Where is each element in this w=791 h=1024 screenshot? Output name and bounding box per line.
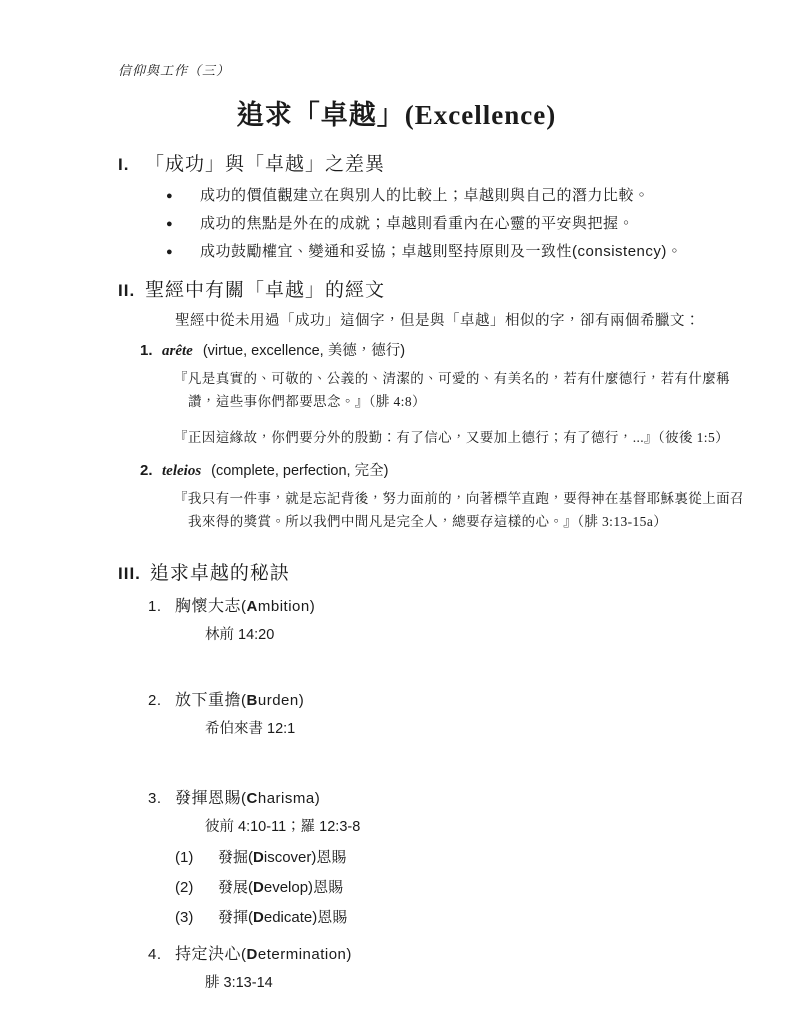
- section-heading: I. 「成功」與「卓越」之差異: [118, 149, 733, 176]
- charisma-sub-item: (1) 發掘(Discover)恩賜: [175, 846, 733, 867]
- section-numeral: II.: [118, 281, 136, 301]
- scripture-reference: 彼前 4:10-11；羅 12:3-8: [205, 815, 733, 836]
- section-heading: II. 聖經中有關「卓越」的經文: [118, 275, 733, 302]
- secret-item-cn: 胸懷大志: [175, 593, 241, 616]
- item-number: 1.: [148, 598, 175, 615]
- section-heading-text: 「成功」與「卓越」之差異: [145, 149, 385, 176]
- scripture-reference: 希伯來書 12:1: [205, 717, 733, 738]
- section-scriptures: II. 聖經中有關「卓越」的經文 聖經中從未用過「成功」這個字，但是與「卓越」相…: [118, 275, 733, 533]
- section-numeral: III.: [118, 564, 141, 584]
- secret-item-cn: 持定決心: [175, 941, 241, 964]
- secret-item-label: 4. 持定決心 (Determination): [148, 941, 733, 964]
- section-numeral: I.: [118, 155, 136, 175]
- secret-item-burden: 2. 放下重擔 (Burden) 希伯來書 12:1: [148, 687, 733, 738]
- greek-word-line: 2. teleios (complete, perfection, 完全): [140, 459, 733, 480]
- difference-bullet: ● 成功的焦點是外在的成就；卓越則看重內在心靈的平安與把握。: [166, 214, 733, 234]
- item-number: 1.: [140, 342, 162, 359]
- bullet-text: 成功的焦點是外在的成就；卓越則看重內在心靈的平安與把握。: [200, 214, 634, 234]
- section-heading-text: 追求卓越的秘訣: [150, 558, 290, 585]
- sub-item-number: (3): [175, 909, 218, 926]
- difference-bullet-list: ● 成功的價值觀建立在與別人的比較上；卓越則與自己的潛力比較。 ● 成功的焦點是…: [166, 186, 733, 262]
- sub-item-text: 發展(Develop)恩賜: [218, 876, 343, 897]
- secret-item-label: 1. 胸懷大志 (Ambition): [148, 593, 733, 616]
- difference-bullet: ● 成功的價值觀建立在與別人的比較上；卓越則與自己的潛力比較。: [166, 186, 733, 206]
- bullet-icon: ●: [166, 214, 200, 234]
- sub-item-number: (2): [175, 879, 218, 896]
- greek-gloss: (virtue, excellence, 美德，德行): [203, 339, 405, 360]
- secret-item-list: 1. 胸懷大志 (Ambition) 林前 14:20 2. 放下重擔 (Bur…: [118, 593, 733, 992]
- secret-item-cn: 發揮恩賜: [175, 785, 241, 808]
- sub-item-number: (1): [175, 849, 218, 866]
- charisma-sub-item: (2) 發展(Develop)恩賜: [175, 876, 733, 897]
- document-page: 信仰與工作（三） 追求「卓越」(Excellence) I. 「成功」與「卓越」…: [0, 0, 791, 1024]
- sub-item-text: 發揮(Dedicate)恩賜: [218, 906, 347, 927]
- section-secrets: III. 追求卓越的秘訣 1. 胸懷大志 (Ambition) 林前 14:20…: [118, 558, 733, 992]
- greek-word-item: 1. arête (virtue, excellence, 美德，德行) 『凡是…: [140, 339, 733, 450]
- secret-item-label: 3. 發揮恩賜 (Charisma): [148, 785, 733, 808]
- greek-term: teleios: [162, 463, 201, 480]
- bullet-icon: ●: [166, 242, 200, 262]
- item-number: 2.: [140, 462, 162, 479]
- secret-item-cn: 放下重擔: [175, 687, 241, 710]
- charisma-sub-item: (3) 發揮(Dedicate)恩賜: [175, 906, 733, 927]
- item-number: 2.: [148, 692, 175, 709]
- difference-bullet: ● 成功鼓勵權宜、變通和妥協；卓越則堅持原則及一致性(consistency)。: [166, 242, 733, 262]
- page-title: 追求「卓越」(Excellence): [60, 93, 733, 132]
- section-intro: 聖經中從未用過「成功」這個字，但是與「卓越」相似的字，卻有兩個希臘文：: [175, 309, 733, 330]
- sub-item-text: 發掘(Discover)恩賜: [218, 846, 346, 867]
- scripture-quote: 『我只有一件事，就是忘記背後，努力面前的，向著標竿直跑，要得神在基督耶穌裏從上面…: [174, 488, 754, 533]
- secret-item-en: (Ambition): [241, 598, 315, 615]
- charisma-sub-list: (1) 發掘(Discover)恩賜 (2) 發展(Develop)恩賜 (3)…: [175, 846, 733, 927]
- section-differences: I. 「成功」與「卓越」之差異 ● 成功的價值觀建立在與別人的比較上；卓越則與自…: [118, 149, 733, 262]
- secret-item-en: (Charisma): [241, 790, 320, 807]
- bullet-text: 成功的價值觀建立在與別人的比較上；卓越則與自己的潛力比較。: [200, 186, 650, 206]
- secret-item-determination: 4. 持定決心 (Determination) 腓 3:13-14: [148, 941, 733, 992]
- scripture-quote: 『正因這緣故，你們要分外的殷勤：有了信心，又要加上德行；有了德行，...』（彼後…: [174, 427, 754, 450]
- greek-word-item: 2. teleios (complete, perfection, 完全) 『我…: [140, 459, 733, 533]
- secret-item-en: (Determination): [241, 946, 352, 963]
- scripture-reference: 腓 3:13-14: [205, 971, 733, 992]
- secret-item-en: (Burden): [241, 692, 304, 709]
- greek-term: arête: [162, 343, 193, 360]
- item-number: 4.: [148, 946, 175, 963]
- secret-item-ambition: 1. 胸懷大志 (Ambition) 林前 14:20: [148, 593, 733, 644]
- bullet-icon: ●: [166, 186, 200, 206]
- secret-item-label: 2. 放下重擔 (Burden): [148, 687, 733, 710]
- section-heading-text: 聖經中有關「卓越」的經文: [145, 275, 385, 302]
- scripture-quote: 『凡是真實的、可敬的、公義的、清潔的、可愛的、有美名的，若有什麼德行，若有什麼稱…: [174, 368, 754, 413]
- section-heading: III. 追求卓越的秘訣: [118, 558, 733, 585]
- scripture-reference: 林前 14:20: [205, 623, 733, 644]
- page-content: 信仰與工作（三） 追求「卓越」(Excellence) I. 「成功」與「卓越」…: [118, 60, 733, 992]
- item-number: 3.: [148, 790, 175, 807]
- secret-item-charisma: 3. 發揮恩賜 (Charisma) 彼前 4:10-11；羅 12:3-8 (…: [148, 785, 733, 927]
- course-label: 信仰與工作（三）: [118, 60, 733, 79]
- greek-gloss: (complete, perfection, 完全): [211, 459, 388, 480]
- bullet-text: 成功鼓勵權宜、變通和妥協；卓越則堅持原則及一致性(consistency)。: [200, 242, 682, 262]
- greek-word-line: 1. arête (virtue, excellence, 美德，德行): [140, 339, 733, 360]
